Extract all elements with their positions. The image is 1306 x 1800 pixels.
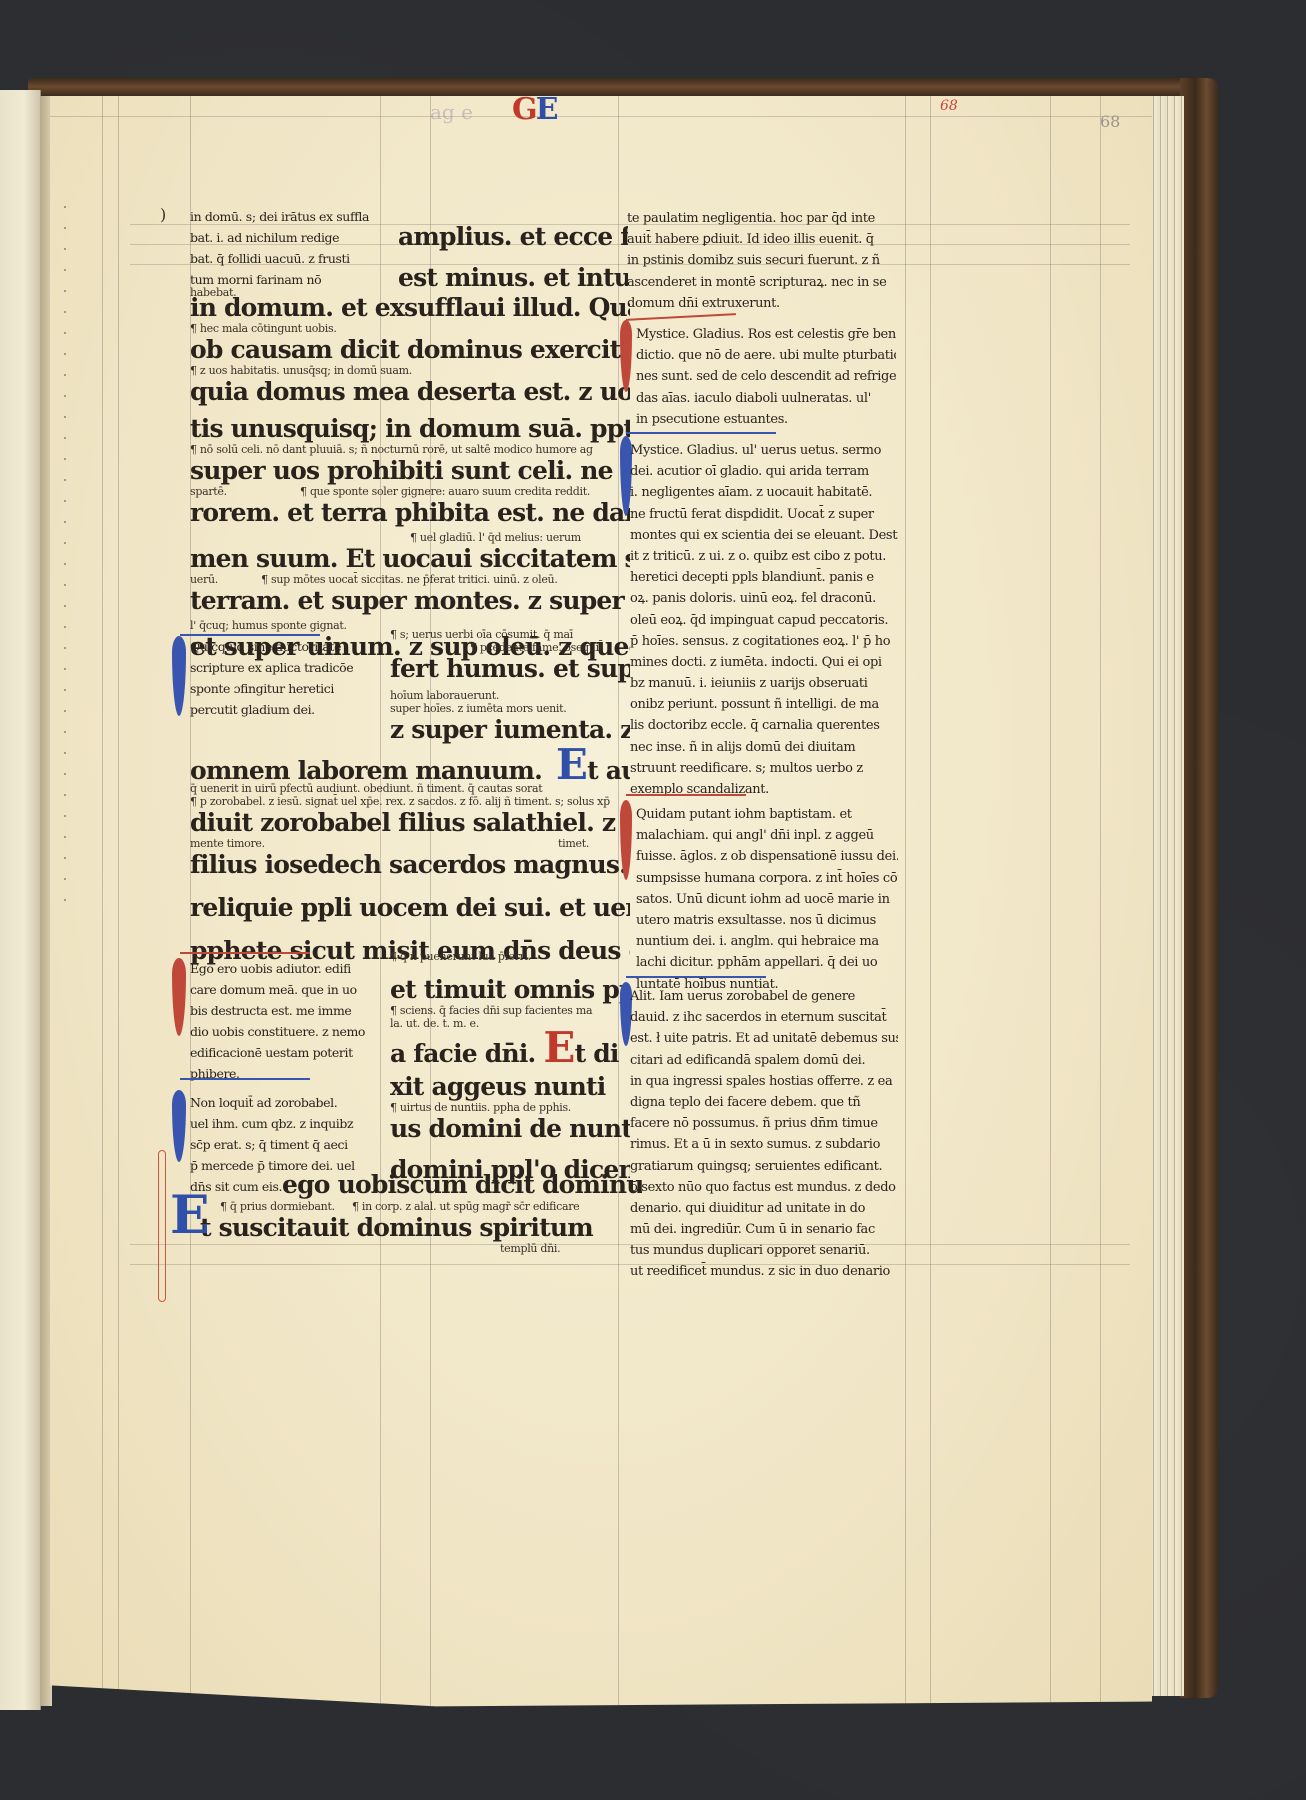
gloss-line: malachiam. qui angl' dn̄i inpl. z aggeū	[636, 825, 898, 846]
gloss-line: exemplo scandalizant.	[630, 779, 898, 800]
gloss-line: uel ihm. cum qbz. z inquibz	[190, 1113, 380, 1134]
interlinear-gloss: ¶ pcedente fame. ɔsequit̄	[390, 641, 630, 654]
interlinear-gloss: ¶ uirtus de nuntiis. ppha de pphis.	[390, 1101, 630, 1114]
margin-mark: )	[160, 205, 166, 224]
gloss-line: percutit gladium dei.	[190, 699, 380, 720]
folio-number-ink: 68	[940, 98, 958, 114]
gloss-line: ut reedificet̄ mundus. z sic in duo dena…	[630, 1261, 898, 1282]
gloss-line-text: uicquid sine auctoritate	[200, 639, 341, 654]
interlinear-gloss: q̄ uenerit in uirū pfectū audiunt. obedi…	[190, 782, 630, 795]
interlinear-gloss-part: ¶ que sponte soler gignere: auaro suum c…	[300, 485, 590, 498]
gloss-line: edificacionē uestam poterit	[190, 1042, 380, 1063]
left-gloss-block-2: Ego ero uobis adiutor. edifi care domum …	[190, 958, 380, 1084]
interlinear-gloss: ¶ p zorobabel. z iesū. signat̄ uel xp̄e.…	[190, 795, 630, 808]
gloss-line: mū dei. ingrediūr. Cum ū in senario fac	[630, 1219, 898, 1240]
right-gloss-block-3: Quidam putant iohm baptistam. et malachi…	[636, 804, 898, 995]
gloss-line: phibere.	[190, 1063, 380, 1084]
interlinear-gloss-part: spartē.	[190, 485, 227, 498]
interlinear-gloss: mente timore. timet.	[190, 837, 630, 850]
gloss-line: auit̄ habere ꝑdiuit. Id ideo illis eueni…	[627, 229, 892, 250]
ruling-line	[50, 116, 1152, 117]
running-head-blue-letter: E	[536, 92, 557, 127]
gloss-line: dictio. que nō de aere. ubi multe pturba…	[636, 345, 896, 366]
gloss-line-text: on loquit̄ ad zorobabel.	[201, 1095, 338, 1110]
running-head-faint: ag e	[430, 100, 473, 124]
ruling-line	[118, 96, 119, 1708]
prick-marks	[64, 206, 66, 906]
gloss-line: bis destructa est. me imme	[190, 1000, 380, 1021]
interlinear-gloss: uerū. ¶ sup mōtes uocat̄ siccitas. ne p̄…	[190, 573, 630, 586]
main-line: super uos prohibiti sunt celi. ne darent	[190, 456, 630, 485]
gloss-line: digna teplo dei facere debem. que tñ	[630, 1092, 898, 1113]
gloss-line: in qua ingressi spales hostias offerre. …	[630, 1071, 898, 1092]
gloss-line: sc̄p erat. s; q̄ timent q̄ aeci	[190, 1134, 380, 1155]
initial-letter: M	[636, 327, 649, 342]
interlinear-gloss: ¶ s; uerus uerbi oīa cōsumit. q̄ maī	[390, 628, 630, 641]
gloss-line: fuisse. āglos. z ob dispensationē iussu …	[636, 846, 898, 867]
blue-flourish	[180, 634, 320, 636]
gloss-line: citari ad edificandā spalem domū dei.	[630, 1050, 898, 1071]
main-line: in domum. et exsufflaui illud. Quam	[190, 293, 630, 322]
gloss-line: struunt reedificare. s; multos uerbo z	[630, 758, 898, 779]
gloss-line: Mystice. Gladius. Ros est celestis gr̄e …	[636, 324, 896, 345]
initial-letter: Q	[190, 639, 200, 654]
interlinear-gloss-part: ¶ q̄ prius dormiebant.	[220, 1200, 335, 1213]
gloss-line: in psecutione estuantes.	[636, 409, 896, 430]
left-gloss-block-1: Quicquid sine auctoritate scripture ex a…	[190, 636, 380, 720]
interlinear-gloss-part: timet.	[558, 837, 589, 850]
running-head-red-letter: G	[512, 92, 536, 127]
interlinear-gloss: ¶ q̄ prius dormiebant. ¶ in corp. z alal…	[190, 1200, 630, 1213]
main-line-text: omnem laborem manuum.	[190, 756, 542, 782]
gloss-line: oleū eoꝝ. q̄d impinguat capud peccatoris…	[630, 610, 898, 631]
interlinear-gloss-part: mente timore.	[190, 837, 265, 850]
main-line-text: t au	[587, 756, 630, 782]
gloss-line: mines docti. z iumēta. indocti. Qui ei o…	[630, 652, 898, 673]
gloss-line: oꝝ. panis doloris. uinū eoꝝ. fel draconū…	[630, 588, 898, 609]
interlinear-gloss: ¶ hec mala cōtingunt uobis.	[190, 322, 630, 335]
interlinear-gloss: hoīum laborauerunt.	[390, 689, 630, 702]
main-text-block: habebat. in domum. et exsufflaui illud. …	[190, 286, 630, 661]
blue-flourish	[626, 432, 776, 434]
main-line: us domini de nuntiis	[390, 1114, 630, 1143]
initial-letter: N	[190, 1095, 201, 1110]
gloss-line: ō sexto nūo quo factus est mundus. z ded…	[630, 1177, 898, 1198]
gloss-line: sumpsisse humana corpora. z int̄ hoīes c…	[636, 868, 898, 889]
gloss-line: Quidam putant iohm baptistam. et	[636, 804, 898, 825]
main-line: t suscitauit dominus spiritum	[190, 1213, 630, 1242]
gloss-line: denario. qui diuiditur ad unitate in do	[630, 1198, 898, 1219]
gloss-line: scripture ex aplica tradicōe	[190, 657, 380, 678]
gloss-line: lachi dicitur. pphām appellari. q̄ dei u…	[636, 952, 898, 973]
right-gloss-block-2: Mystice. Gladius. ul' uerus uetus. sermo…	[630, 440, 898, 800]
decorated-initial-e: E	[556, 748, 587, 782]
initial-letter: E	[190, 961, 199, 976]
main-line: amplius. et ecce factū	[398, 222, 628, 251]
main-line: diuit zorobabel filius salathiel. z iesu	[190, 808, 630, 837]
main-line: men suum. Et uocaui siccitatem super	[190, 544, 630, 573]
gloss-line: utero matris exsultasse. nos ū dicimus	[636, 910, 898, 931]
blue-flourish	[180, 1078, 310, 1080]
interlinear-gloss: templū dn̄i.	[190, 1242, 630, 1255]
main-line: omnem laborem manuum. Et au	[190, 748, 630, 782]
facing-leaf-edge	[0, 90, 41, 1710]
main-line: fert humus. et super hoies.	[390, 654, 630, 683]
interlinear-gloss: ¶ uel gladiū. l' q̄d melius: uerum	[190, 531, 630, 544]
main-line: rorem. et terra phibita est. ne daret ge…	[190, 498, 630, 527]
ruling-line	[1050, 96, 1051, 1708]
main-line-text: t suscitauit dominus spiritum	[200, 1213, 593, 1242]
ruling-line	[930, 96, 931, 1708]
main-line-text: t di	[575, 1039, 619, 1066]
gloss-line: est. ł uite patris. Et ad unitatē debemu…	[630, 1028, 898, 1049]
main-text-upper: amplius. et ecce factū est minus. et int…	[398, 222, 628, 292]
gloss-line: ne fructū ferat dispdidit. Uocat̄ z supe…	[630, 504, 898, 525]
main-line: et timuit omnis ppls	[390, 975, 630, 1004]
gloss-line: sponte ɔfingitur heretici	[190, 678, 380, 699]
gloss-line: it z triticū. z ui. z o. quibz est cibo …	[630, 546, 898, 567]
interlinear-gloss: la. ut. de. t. m. e.	[390, 1017, 630, 1030]
right-gloss-block-1: Mystice. Gladius. Ros est celestis gr̄e …	[636, 324, 896, 430]
binding-right-edge	[1180, 78, 1218, 1698]
main-line: terram. et super montes. z super triticū…	[190, 586, 630, 615]
interlinear-gloss-part: ¶ sup mōtes uocat̄ siccitas. ne p̄ferat …	[261, 573, 557, 586]
gloss-line: das aīas. iaculo diaboli uulneratas. ul'	[636, 388, 896, 409]
gloss-line-text: lit. Iam uerus zorobabel de genere	[639, 989, 855, 1004]
red-penwork-flourish	[158, 1150, 166, 1302]
gloss-line: Mystice. Gladius. ul' uerus uetus. sermo	[630, 440, 898, 461]
gloss-line: heretici decepti ppls blandiunt̄. panis …	[630, 567, 898, 588]
gloss-line: dei. acutior oī gladio. qui arida terram	[630, 461, 898, 482]
interlinear-gloss: ¶ sciens. q̄ facies dn̄i sup facientes m…	[390, 1004, 630, 1017]
initial-letter: A	[630, 989, 639, 1004]
interlinear-gloss: super hoīes. z iumēta mors uenit.	[390, 702, 630, 715]
right-gloss-block-4: Alit. Iam uerus zorobabel de genere daui…	[630, 986, 898, 1283]
decorated-initial-e-large: E	[170, 1190, 210, 1242]
gloss-line: nuntium dei. i. anglm. qui hebraice ma	[636, 931, 898, 952]
red-flourish	[180, 952, 310, 954]
gloss-line: i. negligentes aīam. z uocauit habitatē.	[630, 482, 898, 503]
gloss-line-text: ystice. Gladius. Ros est celestis gr̄e b…	[649, 327, 896, 342]
main-line: quia domus mea deserta est. z uos festin…	[190, 377, 630, 406]
interlinear-gloss-part: ¶ in corp. z alal. ut spūg magr̄ sc̄r ed…	[352, 1200, 579, 1213]
gloss-line: bat. i. ad nichilum redige	[190, 227, 380, 248]
initial-letter: Q	[636, 807, 646, 822]
gloss-line-text: uidam putant iohm baptistam. et	[646, 807, 851, 822]
main-text-middle: ¶ s; uerus uerbi oīa cōsumit. q̄ maī ¶ p…	[390, 628, 630, 744]
gloss-line: dio uobis constituere. z nemo	[190, 1021, 380, 1042]
gloss-line: in domū. s; dei irātus ex suffla	[190, 206, 380, 227]
gloss-line: onibz periunt. possunt ñ intelligi. de m…	[630, 694, 898, 715]
main-line: z super iumenta. z sup	[390, 715, 630, 744]
decorated-initial-e: E	[543, 1030, 574, 1066]
main-text-middle-lower: ¶ q̄ ñ puenerunt luā p̄ferri. et timuit …	[390, 950, 630, 1184]
gloss-line: satos. Unū dicunt iohm ad uocē marie in	[636, 889, 898, 910]
main-line: a facie dn̄i. Et di	[390, 1030, 630, 1066]
gloss-line-text: go ero uobis adiutor. edifi	[199, 961, 351, 976]
page-fore-edge	[1150, 96, 1184, 1696]
gloss-line: ascenderet in montē scripturaꝝ. nec in s…	[627, 272, 892, 293]
initial-letter: M	[630, 443, 643, 458]
gloss-line: Non loquit̄ ad zorobabel.	[190, 1092, 380, 1113]
gloss-line: te paulatim negligentia. hoc par q̄d int…	[627, 208, 892, 229]
gloss-line: rimus. Et a ū in sexto sumus. z subdario	[630, 1134, 898, 1155]
main-text-closing: ¶ q̄ prius dormiebant. ¶ in corp. z alal…	[190, 1200, 630, 1255]
gloss-line: tus mundus duplicari opporet senariū.	[630, 1240, 898, 1261]
gloss-line: care domum meā. que in uo	[190, 979, 380, 1000]
interlinear-gloss-part: uerū.	[190, 573, 218, 586]
left-gloss-top: in domū. s; dei irātus ex suffla bat. i.…	[190, 206, 380, 290]
main-text-final: ego uobiscum dicit dominus.	[282, 1170, 642, 1199]
gloss-line: lis doctoribz eccle. q̄ carnalia querent…	[630, 715, 898, 736]
gloss-line: facere nō possumus. ñ prius dn̄m timue	[630, 1113, 898, 1134]
gloss-line: montes qui ex scientia dei se eleuant. D…	[630, 525, 898, 546]
gloss-line: bat. q̄ follidi uacuū. z frusti	[190, 248, 380, 269]
gloss-line: gratiarum quingsq; seruientes edificant.	[630, 1156, 898, 1177]
interlinear-gloss: spartē. ¶ que sponte soler gignere: auar…	[190, 485, 630, 498]
ruling-line	[1100, 96, 1101, 1708]
gloss-line: p̄ hoīes. sensus. z cogitationes eoꝝ. l'…	[630, 631, 898, 652]
gloss-line: in pstinis domibz suis securi fuerunt. z…	[627, 250, 892, 271]
red-flourish	[626, 794, 746, 796]
gloss-line-text: ystice. Gladius. ul' uerus uetus. sermo	[643, 443, 881, 458]
interlinear-gloss: ¶ q̄ ñ puenerunt luā p̄ferri.	[390, 950, 630, 963]
blue-flourish	[626, 976, 766, 978]
gloss-line: nes sunt. sed de celo descendit ad refri…	[636, 366, 896, 387]
main-text-lower: omnem laborem manuum. Et au q̄ uenerit i…	[190, 748, 630, 965]
gloss-line: Alit. Iam uerus zorobabel de genere	[630, 986, 898, 1007]
main-line-text: a facie dn̄i.	[390, 1039, 535, 1066]
main-line: tis unusquisq; in domum suā. ppt hoc	[190, 414, 630, 443]
right-gloss-top: te paulatim negligentia. hoc par q̄d int…	[627, 208, 892, 314]
running-head: GE	[512, 92, 557, 127]
gloss-line: nec inse. ñ in alijs domū dei diuitam	[630, 737, 898, 758]
interlinear-gloss: ¶ nō solū celi. nō dant pluuiā. s; ñ noc…	[190, 443, 630, 456]
ruling-line	[102, 96, 103, 1708]
main-line: ob causam dicit dominus exercituum	[190, 335, 630, 364]
folio-number-pencil: 68	[1100, 112, 1120, 131]
gloss-line: dauid. z ihc sacerdos in eternum suscita…	[630, 1007, 898, 1028]
gloss-line: Ego ero uobis adiutor. edifi	[190, 958, 380, 979]
main-line: reliquie ppli uocem dei sui. et uerba ag…	[190, 893, 630, 922]
main-line: filius iosedech sacerdos magnus. z omnes	[190, 850, 630, 879]
gloss-line: domum dn̄i extruxerunt.	[627, 293, 892, 314]
ruling-line	[905, 96, 906, 1708]
gloss-line: Quicquid sine auctoritate	[190, 636, 380, 657]
interlinear-gloss: ¶ z uos habitatis. unusq̄sq; in domū sua…	[190, 364, 630, 377]
main-line: xit aggeus nunti	[390, 1072, 630, 1101]
main-line: ego uobiscum dicit dominus.	[282, 1170, 642, 1199]
gloss-line: bz manuū. i. ieiuniis z uarijs obseruati	[630, 673, 898, 694]
